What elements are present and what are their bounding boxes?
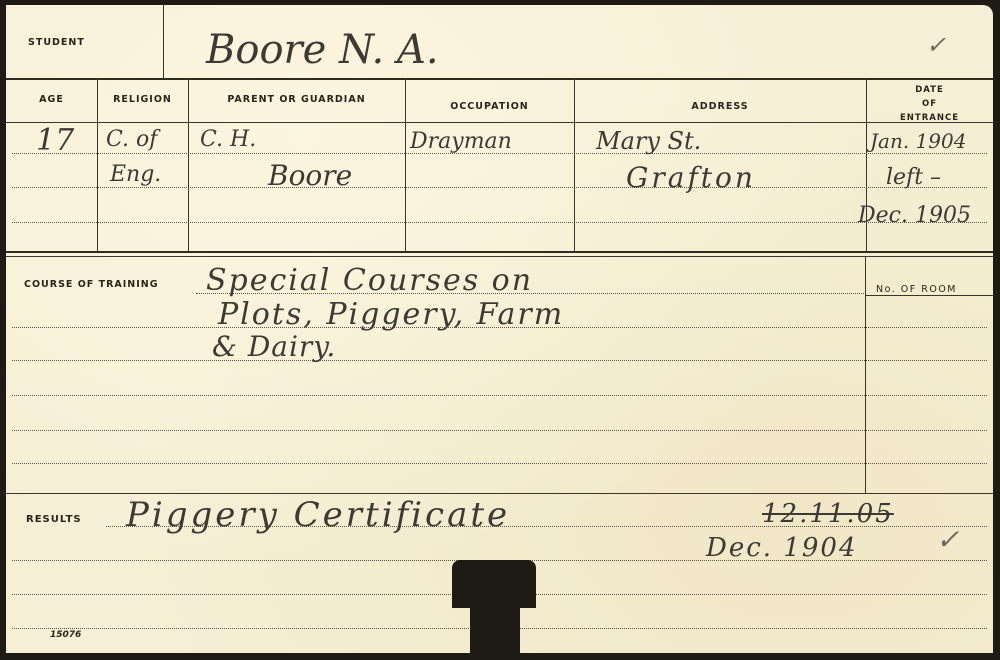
header-occupation: OCCUPATION bbox=[405, 101, 574, 112]
religion-value-2: Eng. bbox=[110, 162, 161, 187]
header-religion: RELIGION bbox=[97, 94, 188, 105]
results-struck-date: 12.11.05 bbox=[762, 499, 894, 529]
room-label: No. OF ROOM bbox=[876, 284, 957, 295]
course-value-3: & Dairy. bbox=[212, 330, 336, 363]
results-value-1: Piggery Certificate bbox=[126, 495, 510, 535]
room-divider bbox=[865, 256, 866, 493]
date-value-3: Dec. 1905 bbox=[858, 203, 971, 228]
date-value-1: Jan. 1904 bbox=[870, 129, 966, 153]
results-check-icon: ✓ bbox=[936, 523, 959, 556]
section-rule-bottom bbox=[6, 256, 993, 257]
course-dotted-line bbox=[12, 395, 987, 396]
header-top-rule bbox=[6, 78, 993, 80]
parent-value-2: Boore bbox=[268, 159, 352, 192]
course-dotted-line bbox=[12, 360, 987, 361]
student-label: STUDENT bbox=[28, 37, 85, 48]
religion-value-1: C. of bbox=[106, 127, 157, 152]
header-age: AGE bbox=[6, 94, 97, 105]
header-address: ADDRESS bbox=[574, 101, 866, 112]
filing-notch-stem bbox=[470, 605, 520, 653]
course-dotted-line bbox=[12, 463, 987, 464]
course-label: COURSE OF TRAINING bbox=[24, 279, 159, 290]
room-underline bbox=[866, 295, 993, 296]
date-value-2: left – bbox=[886, 165, 941, 190]
section-rule-top bbox=[6, 251, 993, 253]
results-rule bbox=[6, 493, 993, 494]
address-value-1: Mary St. bbox=[596, 127, 701, 155]
row-dotted-line bbox=[12, 187, 987, 188]
results-label: RESULTS bbox=[26, 514, 82, 525]
address-value-2: Grafton bbox=[626, 161, 756, 194]
student-divider bbox=[163, 5, 164, 78]
header-date-2: OF bbox=[866, 99, 993, 109]
header-bottom-rule bbox=[6, 122, 993, 123]
student-record-card: STUDENT Boore N. A. ✓ AGE RELIGION PAREN… bbox=[6, 5, 993, 653]
student-check-icon: ✓ bbox=[926, 31, 946, 59]
header-parent: PARENT OR GUARDIAN bbox=[188, 94, 405, 105]
filing-notch bbox=[452, 560, 536, 608]
course-value-2: Plots, Piggery, Farm bbox=[218, 297, 564, 332]
parent-value-1: C. H. bbox=[200, 127, 256, 152]
age-value: 17 bbox=[36, 123, 74, 158]
results-value-2: Dec. 1904 bbox=[706, 533, 858, 563]
occupation-value: Drayman bbox=[410, 129, 512, 154]
course-value-1: Special Courses on bbox=[206, 263, 533, 298]
student-name: Boore N. A. bbox=[206, 27, 439, 73]
form-number: 15076 bbox=[50, 630, 81, 640]
header-date-1: DATE bbox=[866, 85, 993, 95]
row-dotted-line bbox=[12, 222, 987, 223]
course-dotted-line bbox=[12, 430, 987, 431]
